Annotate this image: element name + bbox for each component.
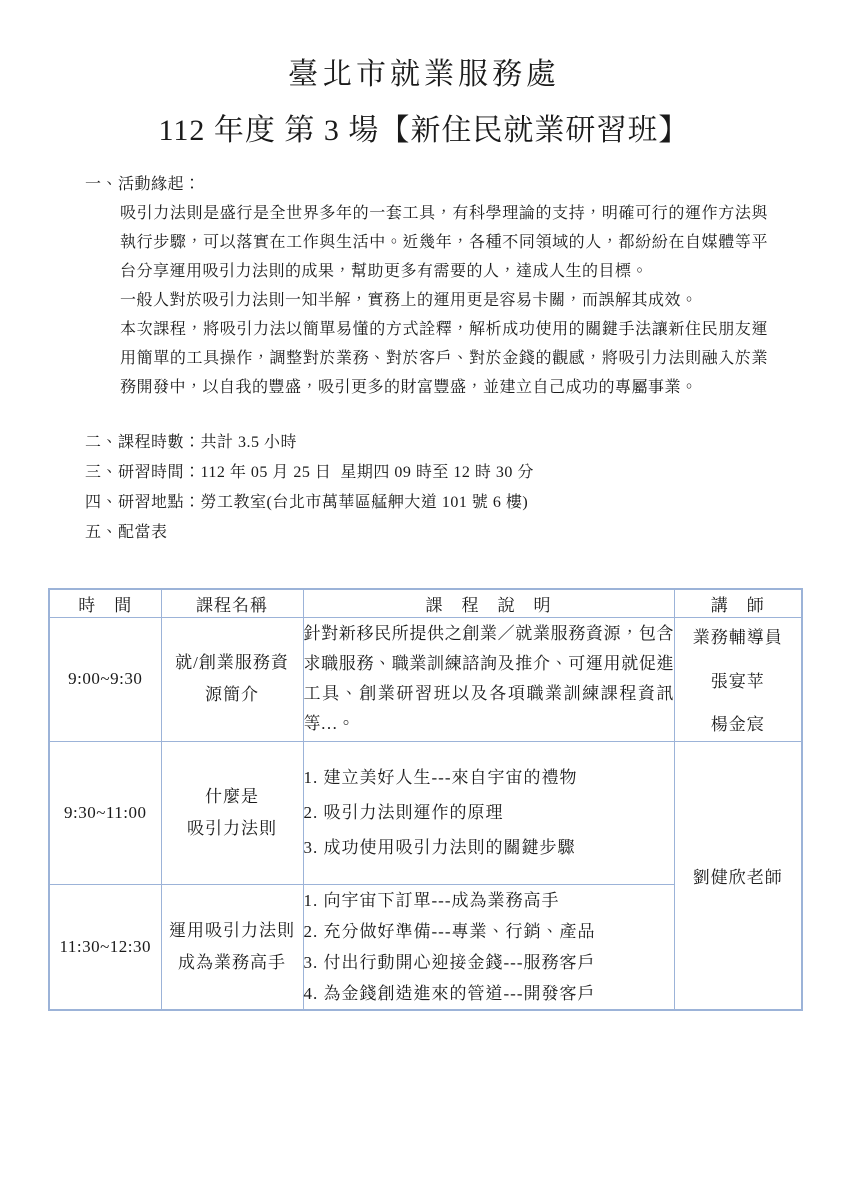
header-time: 時 間	[49, 589, 161, 617]
cell-course-description: 1. 向宇宙下訂單---成為業務高手 2. 充分做好準備---專業、行銷、產品 …	[303, 884, 674, 1010]
section-origin-body: 吸引力法則是盛行是全世界多年的一套工具，有科學理論的支持，明確可行的運作方法與執…	[120, 199, 768, 402]
description-line: 1. 建立美好人生---來自宇宙的禮物	[304, 760, 674, 795]
table-row: 9:30~11:00 什麼是 吸引力法則 1. 建立美好人生---來自宇宙的禮物…	[49, 741, 802, 884]
section-heading: 活動緣起：	[118, 170, 201, 199]
item-text: 研習地點：勞工教室(台北市萬華區艋舺大道 101 號 6 樓)	[118, 488, 800, 518]
item-number: 四、	[85, 488, 118, 518]
cell-instructor: 業務輔導員 張宴苹 楊金宸	[674, 617, 802, 741]
cell-course-name: 運用吸引力法則 成為業務高手	[161, 884, 303, 1010]
description-line: 1. 向宇宙下訂單---成為業務高手	[304, 885, 674, 916]
header-course-name: 課程名稱	[161, 589, 303, 617]
cell-time: 9:30~11:00	[49, 741, 161, 884]
info-item-time: 三、 研習時間：112 年 05 月 25 日 星期四 09 時至 12 時 3…	[85, 458, 800, 488]
info-item-hours: 二、 課程時數：共計 3.5 小時	[85, 428, 800, 458]
cell-instructor-merged: 劉健欣老師	[674, 741, 802, 1010]
description-line: 2. 充分做好準備---專業、行銷、產品	[304, 916, 674, 947]
course-name-line: 就/創業服務資	[162, 647, 303, 679]
course-name-line: 源簡介	[162, 679, 303, 711]
section-number: 一、	[85, 170, 118, 199]
header-instructor: 講 師	[674, 589, 802, 617]
item-text: 配當表	[118, 518, 800, 548]
info-item-list: 二、 課程時數：共計 3.5 小時 三、 研習時間：112 年 05 月 25 …	[85, 428, 800, 548]
instructor-line: 張宴苹	[675, 667, 802, 692]
item-number: 五、	[85, 518, 118, 548]
origin-paragraph: 吸引力法則是盛行是全世界多年的一套工具，有科學理論的支持，明確可行的運作方法與執…	[120, 199, 768, 286]
page-subtitle: 112 年度 第 3 場【新住民就業研習班】	[0, 110, 848, 152]
cell-time: 9:00~9:30	[49, 617, 161, 741]
instructor-line: 楊金宸	[675, 710, 802, 735]
document-page: 臺北市就業服務處 112 年度 第 3 場【新住民就業研習班】 一、 活動緣起：…	[0, 0, 848, 1200]
schedule-table: 時 間 課程名稱 課 程 說 明 講 師 9:00~9:30 就/創業服務資 源…	[48, 588, 803, 1011]
cell-course-name: 就/創業服務資 源簡介	[161, 617, 303, 741]
page-title: 臺北市就業服務處	[0, 0, 848, 94]
item-text: 課程時數：共計 3.5 小時	[118, 428, 800, 458]
table-header-row: 時 間 課程名稱 課 程 說 明 講 師	[49, 589, 802, 617]
course-name-line: 運用吸引力法則	[162, 915, 303, 947]
item-text: 研習時間：112 年 05 月 25 日 星期四 09 時至 12 時 30 分	[118, 458, 800, 488]
description-line: 3. 成功使用吸引力法則的關鍵步驟	[304, 830, 674, 865]
info-item-schedule: 五、 配當表	[85, 518, 800, 548]
section-origin: 一、 活動緣起： 吸引力法則是盛行是全世界多年的一套工具，有科學理論的支持，明確…	[85, 170, 768, 402]
origin-paragraph: 一般人對於吸引力法則一知半解，實務上的運用更是容易卡關，而誤解其成效。	[120, 286, 768, 315]
cell-course-description: 1. 建立美好人生---來自宇宙的禮物 2. 吸引力法則運作的原理 3. 成功使…	[303, 741, 674, 884]
description-line: 2. 吸引力法則運作的原理	[304, 795, 674, 830]
table-row: 9:00~9:30 就/創業服務資 源簡介 針對新移民所提供之創業／就業服務資源…	[49, 617, 802, 741]
cell-course-name: 什麼是 吸引力法則	[161, 741, 303, 884]
description-line: 3. 付出行動開心迎接金錢---服務客戶	[304, 947, 674, 978]
info-item-location: 四、 研習地點：勞工教室(台北市萬華區艋舺大道 101 號 6 樓)	[85, 488, 800, 518]
item-number: 二、	[85, 428, 118, 458]
course-name-line: 吸引力法則	[162, 813, 303, 845]
origin-paragraph: 本次課程，將吸引力法以簡單易懂的方式詮釋，解析成功使用的關鍵手法讓新住民朋友運用…	[120, 315, 768, 402]
instructor-line: 業務輔導員	[675, 623, 802, 648]
course-name-line: 成為業務高手	[162, 947, 303, 979]
cell-time: 11:30~12:30	[49, 884, 161, 1010]
instructor-stack: 業務輔導員 張宴苹 楊金宸	[675, 619, 802, 739]
section-origin-heading-row: 一、 活動緣起：	[85, 170, 768, 199]
header-course-description: 課 程 說 明	[303, 589, 674, 617]
item-number: 三、	[85, 458, 118, 488]
cell-course-description: 針對新移民所提供之創業／就業服務資源，包含求職服務、職業訓練諮詢及推介、可運用就…	[303, 617, 674, 741]
course-name-line: 什麼是	[162, 781, 303, 813]
description-line: 4. 為金錢創造進來的管道---開發客戶	[304, 978, 674, 1009]
